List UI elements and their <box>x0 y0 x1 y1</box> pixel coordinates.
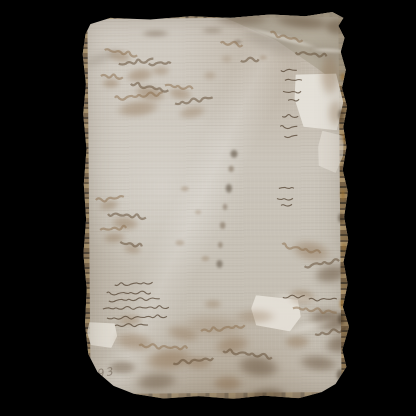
manuscript-page: 93 <box>80 12 349 400</box>
page-edge-shading <box>80 12 349 400</box>
stain-layer <box>80 12 346 14</box>
paper-flakes-layer <box>80 12 346 14</box>
photo-background: 93 <box>0 0 416 416</box>
